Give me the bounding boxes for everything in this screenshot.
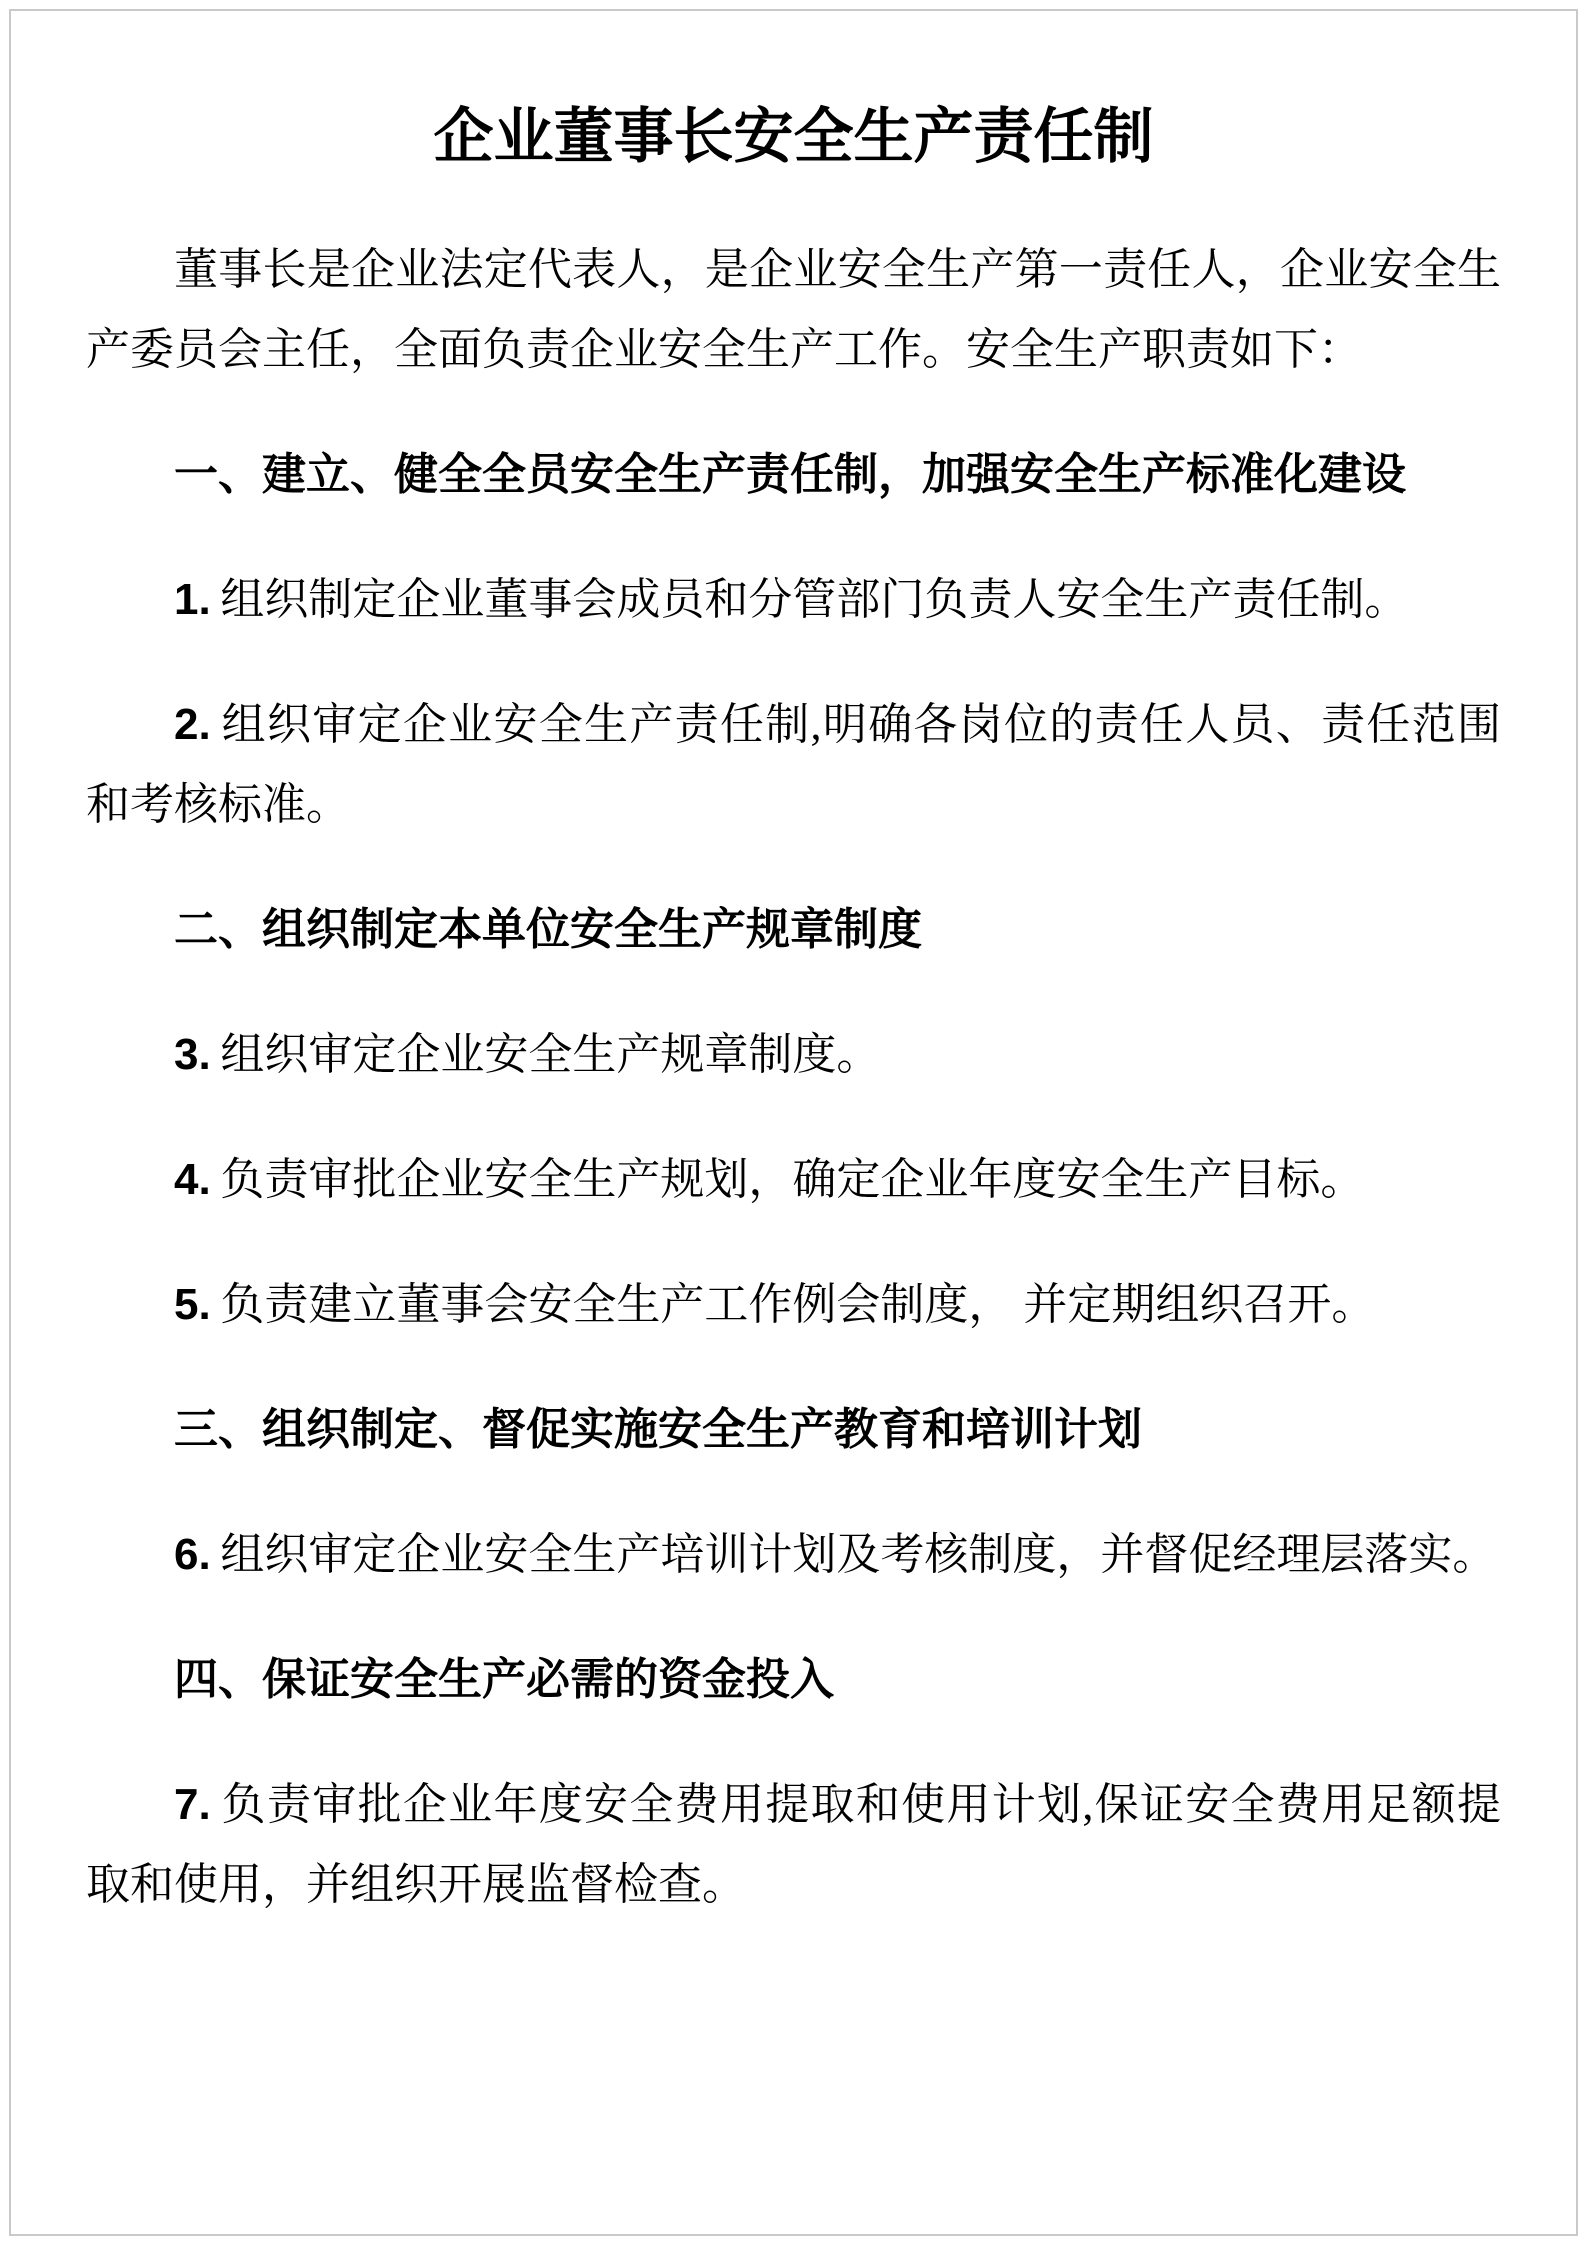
list-item-2-number: 2. <box>174 700 220 749</box>
list-item-7: 7.负责审批企业年度安全费用提取和使用计划,保证安全费用足额提取和使用，并组织开… <box>86 1765 1501 1925</box>
list-item-6: 6.组织审定企业安全生产培训计划及考核制度，并督促经理层落实。 <box>86 1515 1501 1595</box>
list-item-3-text: 组织审定企业安全生产规章制度。 <box>220 1030 880 1079</box>
intro-paragraph: 董事长是企业法定代表人，是企业安全生产第一责任人，企业安全生产委员会主任，全面负… <box>86 230 1501 390</box>
list-item-5-text: 负责建立董事会安全生产工作例会制度， 并定期组织召开。 <box>220 1280 1375 1329</box>
list-item-1-text: 组织制定企业董事会成员和分管部门负责人安全生产责任制。 <box>220 575 1408 624</box>
document-title: 企业董事长安全生产责任制 <box>86 92 1501 182</box>
list-item-3-number: 3. <box>174 1030 220 1079</box>
list-item-6-number: 6. <box>174 1530 220 1579</box>
list-item-7-text: 负责审批企业年度安全费用提取和使用计划,保证安全费用足额提取和使用，并组织开展监… <box>86 1780 1501 1909</box>
list-item-7-number: 7. <box>174 1780 220 1829</box>
document-page: 企业董事长安全生产责任制 董事长是企业法定代表人，是企业安全生产第一责任人，企业… <box>0 0 1587 2245</box>
list-item-4-number: 4. <box>174 1155 220 1204</box>
list-item-5-number: 5. <box>174 1280 220 1329</box>
list-item-4: 4.负责审批企业安全生产规划，确定企业年度安全生产目标。 <box>86 1140 1501 1220</box>
list-item-6-text: 组织审定企业安全生产培训计划及考核制度，并督促经理层落实。 <box>220 1530 1496 1579</box>
list-item-2: 2.组织审定企业安全生产责任制,明确各岗位的责任人员、责任范围和考核标准。 <box>86 685 1501 845</box>
list-item-5: 5.负责建立董事会安全生产工作例会制度， 并定期组织召开。 <box>86 1265 1501 1345</box>
section-2-heading: 二、组织制定本单位安全生产规章制度 <box>86 890 1501 970</box>
list-item-1: 1.组织制定企业董事会成员和分管部门负责人安全生产责任制。 <box>86 560 1501 640</box>
section-3-heading: 三、组织制定、督促实施安全生产教育和培训计划 <box>86 1390 1501 1470</box>
list-item-3: 3.组织审定企业安全生产规章制度。 <box>86 1015 1501 1095</box>
section-1-heading: 一、建立、健全全员安全生产责任制，加强安全生产标准化建设 <box>86 435 1501 515</box>
list-item-1-number: 1. <box>174 575 220 624</box>
list-item-4-text: 负责审批企业安全生产规划，确定企业年度安全生产目标。 <box>220 1155 1364 1204</box>
list-item-2-text: 组织审定企业安全生产责任制,明确各岗位的责任人员、责任范围和考核标准。 <box>86 700 1501 829</box>
section-4-heading: 四、保证安全生产必需的资金投入 <box>86 1640 1501 1720</box>
document-content: 企业董事长安全生产责任制 董事长是企业法定代表人，是企业安全生产第一责任人，企业… <box>86 92 1501 1970</box>
